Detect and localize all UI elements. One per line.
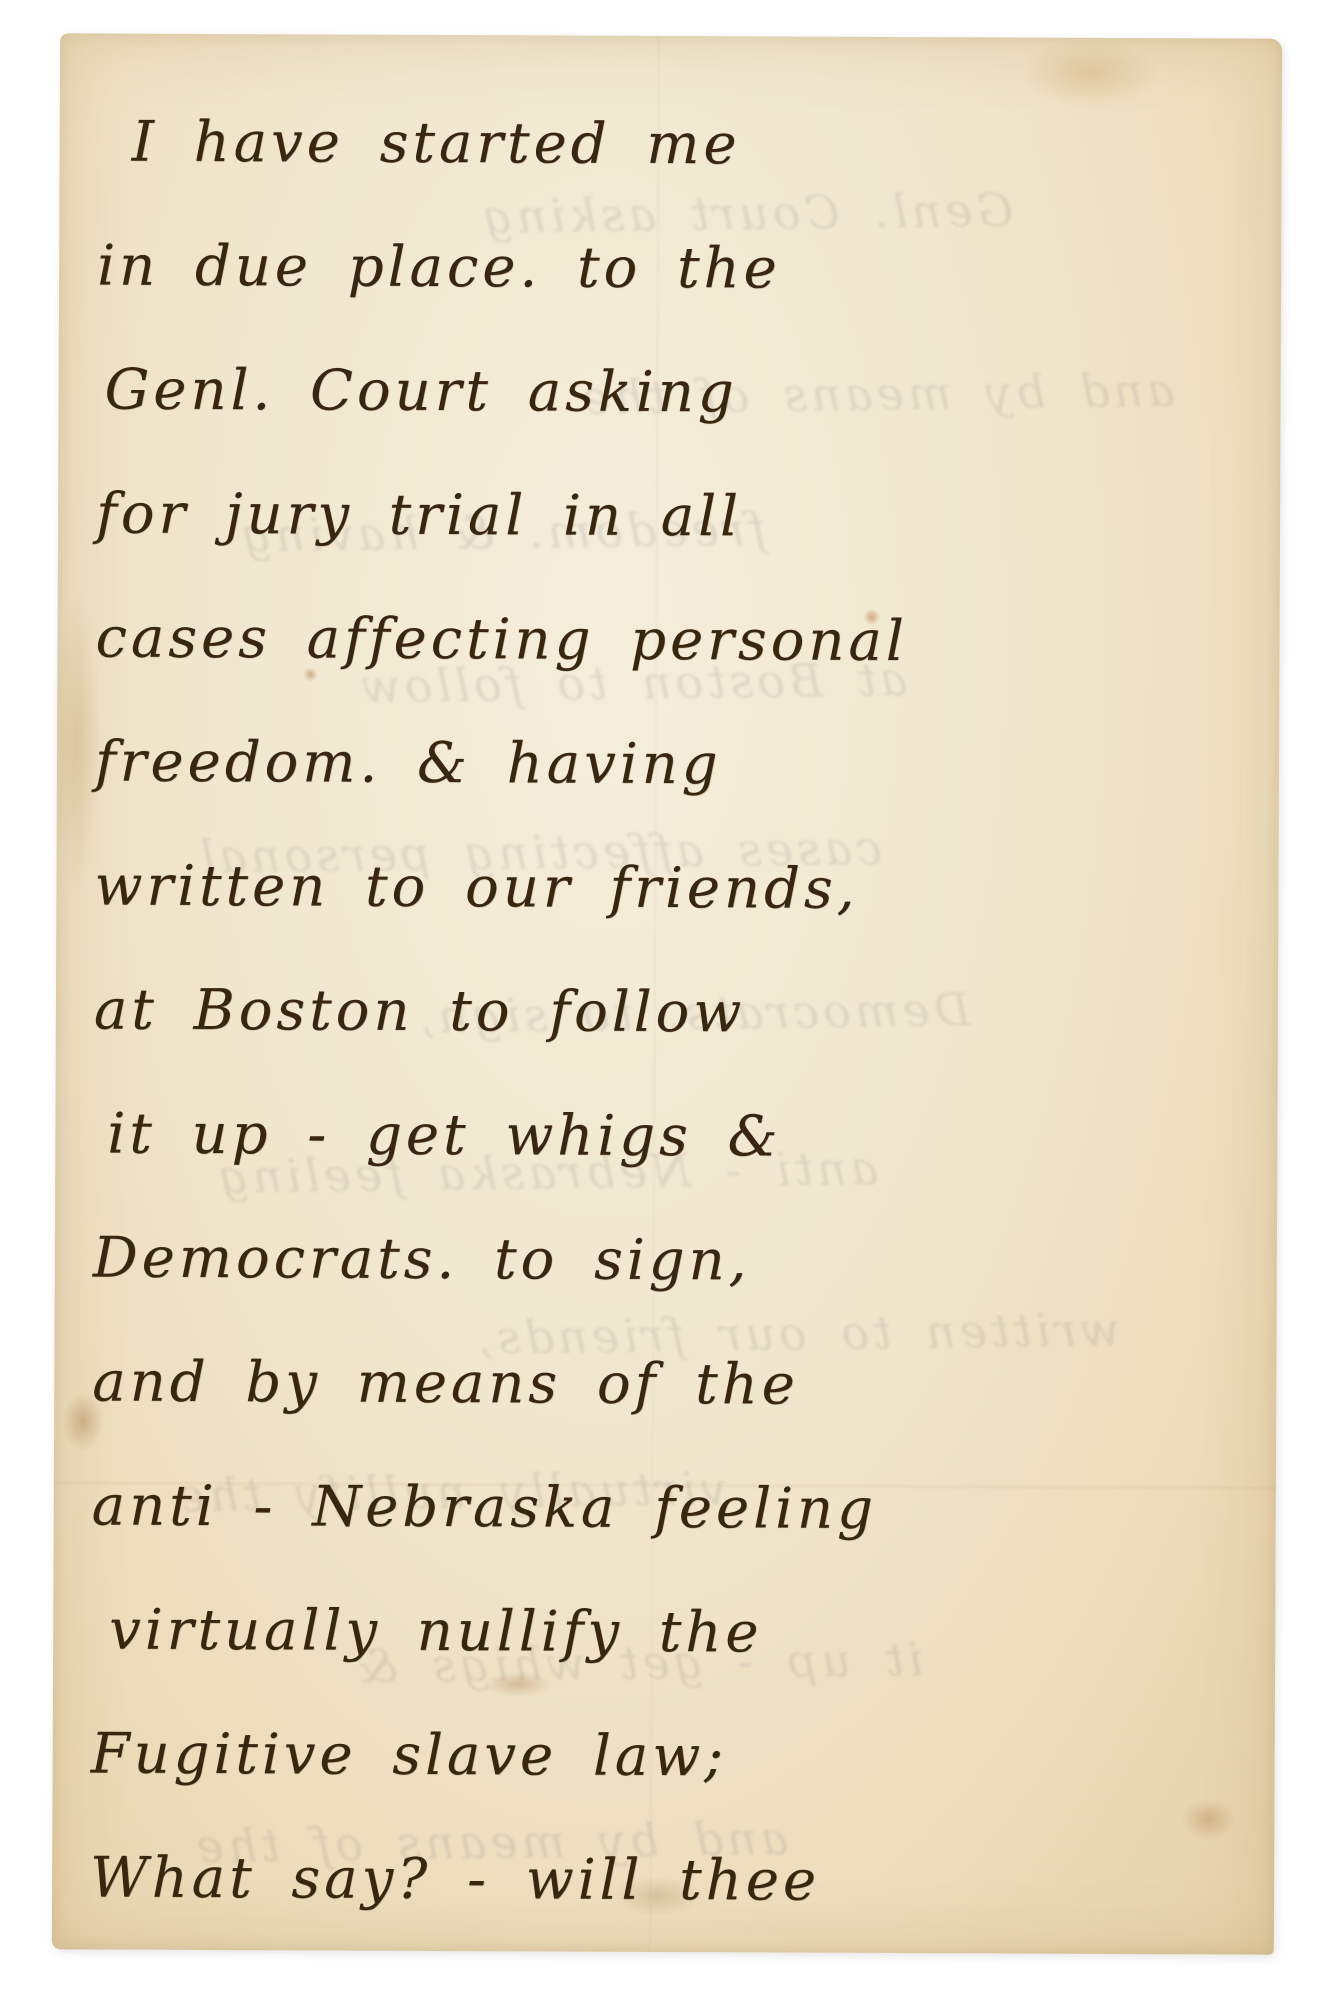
letter-line: anti - Nebraska feeling xyxy=(91,1443,1260,1572)
letter-line: virtually nullify the xyxy=(109,1568,1260,1697)
letter-line: cases affecting personal xyxy=(95,576,1264,705)
letter-line: Genl. Court asking xyxy=(104,328,1265,457)
letter-line: I have started me xyxy=(131,80,1266,209)
letter-page: Genl. Court askingand by means of thefre… xyxy=(52,33,1282,1954)
letter-line: for jury trial in all xyxy=(96,452,1265,581)
letter-line: at Boston to follow xyxy=(94,948,1263,1077)
letter-line: in due place. to the xyxy=(97,204,1266,333)
letter-line: Democrats. to sign, xyxy=(93,1195,1262,1324)
letter-line: What say? - will thee xyxy=(90,1815,1259,1944)
letter-line: written to our friends, xyxy=(94,824,1263,953)
letter-line: Fugitive slave law; xyxy=(90,1691,1259,1820)
letter-line: and by means of the xyxy=(92,1319,1261,1448)
handwritten-text: I have started me in due place. to the G… xyxy=(90,80,1266,1945)
letter-line: freedom. & having xyxy=(95,700,1264,829)
letter-line: it up - get whigs & xyxy=(107,1072,1262,1201)
letter-photograph: Genl. Court askingand by means of thefre… xyxy=(0,0,1330,2000)
